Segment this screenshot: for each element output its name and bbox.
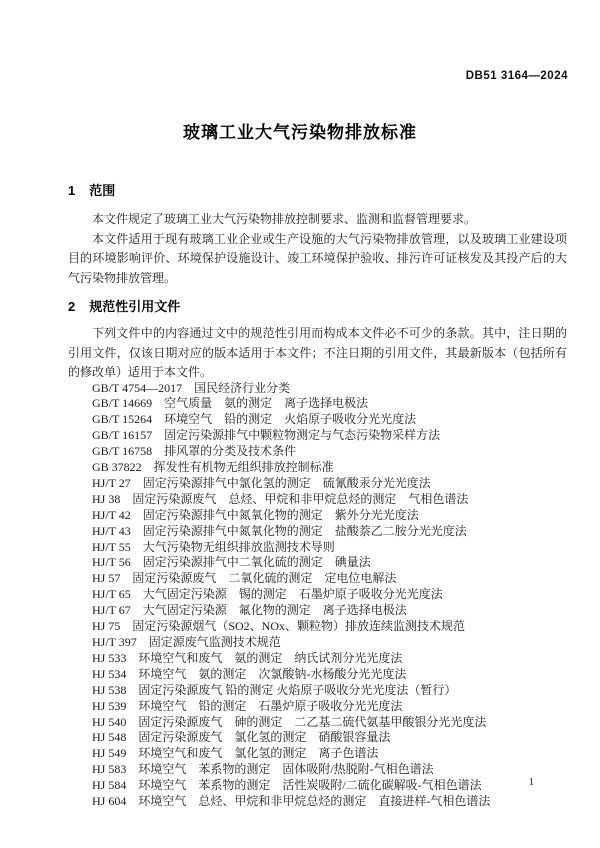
reference-item: HJ/T 27 固定污染源排气中氯化氢的测定 硫氰酸汞分光光度法 [92, 476, 567, 492]
document-page: DB51 3164—2024 玻璃工业大气污染物排放标准 1范围 本文件规定了玻… [0, 0, 600, 848]
section-2-title: 规范性引用文件 [89, 299, 180, 314]
reference-item: HJ/T 42 固定污染源排气中氮氧化物的测定 紫外分光光度法 [92, 508, 567, 524]
reference-item: HJ/T 43 固定污染源排气中氮氧化物的测定 盐酸萘乙二胺分光光度法 [92, 524, 567, 540]
page-content: 1范围 本文件规定了玻璃工业大气污染物排放控制要求、监测和监督管理要求。 本文件… [68, 176, 567, 810]
reference-item: HJ 548 固定污染源废气 氯化氢的测定 硝酸银容量法 [92, 730, 567, 746]
scope-paragraph-1: 本文件规定了玻璃工业大气污染物排放控制要求、监测和监督管理要求。 [68, 210, 567, 230]
reference-item: GB/T 16157 固定污染源排气中颗粒物测定与气态污染物采样方法 [92, 428, 567, 444]
reference-item: GB 37822 挥发性有机物无组织排放控制标准 [92, 460, 567, 476]
section-1-title: 范围 [89, 183, 115, 198]
reference-item: HJ 538 固定污染源废气 铅的测定 火焰原子吸收分光光度法（暂行） [92, 683, 567, 699]
reference-item: HJ 75 固定污染源烟气（SO2、NOx、颗粒物）排放连续监测技术规范 [92, 619, 567, 635]
reference-item: HJ 584 环境空气 苯系物的测定 活性炭吸附/二硫化碳解吸-气相色谱法 [92, 778, 567, 794]
reference-item: GB/T 16758 排风罩的分类及技术条件 [92, 444, 567, 460]
reference-item: HJ 539 环境空气 铅的测定 石墨炉原子吸收分光光度法 [92, 699, 567, 715]
reference-item: HJ/T 56 固定污染源排气中二氧化硫的测定 碘量法 [92, 555, 567, 571]
reference-item: HJ/T 397 固定源废气监测技术规范 [92, 635, 567, 651]
reference-item: HJ 533 环境空气和废气 氨的测定 纳氏试剂分光光度法 [92, 651, 567, 667]
reference-item: HJ 549 环境空气和废气 氯化氢的测定 离子色谱法 [92, 746, 567, 762]
doc-code: DB51 3164—2024 [466, 70, 568, 82]
reference-item: GB/T 15264 环境空气 铅的测定 火焰原子吸收分光光度法 [92, 412, 567, 428]
page-number: 1 [529, 776, 535, 788]
reference-item: HJ 604 环境空气 总烃、甲烷和非甲烷总烃的测定 直接进样-气相色谱法 [92, 794, 567, 810]
doc-title: 玻璃工业大气污染物排放标准 [0, 118, 600, 143]
reference-item: GB/T 14669 空气质量 氨的测定 离子选择电极法 [92, 396, 567, 412]
reference-item: HJ 540 固定污染源废气 砷的测定 二乙基二硫代氨基甲酸银分光光度法 [92, 715, 567, 731]
section-2-number: 2 [68, 298, 75, 316]
reference-item: HJ 38 固定污染源废气 总烃、甲烷和非甲烷总烃的测定 气相色谱法 [92, 492, 567, 508]
reference-item: HJ/T 55 大气污染物无组织排放监测技术导则 [92, 540, 567, 556]
reference-list: GB/T 4754—2017 国民经济行业分类 GB/T 14669 空气质量 … [68, 381, 567, 810]
reference-item: HJ 534 环境空气 氨的测定 次氯酸钠-水杨酸分光光度法 [92, 667, 567, 683]
reference-item: HJ 57 固定污染源废气 二氧化硫的测定 定电位电解法 [92, 571, 567, 587]
section-1-heading: 1范围 [68, 182, 567, 200]
section-2-heading: 2规范性引用文件 [68, 298, 567, 316]
reference-item: HJ/T 67 大气固定污染源 氟化物的测定 离子选择电极法 [92, 603, 567, 619]
reference-item: GB/T 4754—2017 国民经济行业分类 [92, 381, 567, 397]
reference-item: HJ/T 65 大气固定污染源 锡的测定 石墨炉原子吸收分光光度法 [92, 587, 567, 603]
references-intro-paragraph: 下列文件中的内容通过文中的规范性引用而构成本文件必不可少的条款。其中，注日期的引… [68, 324, 567, 383]
section-1-number: 1 [68, 182, 75, 200]
scope-paragraph-2: 本文件适用于现有玻璃工业企业或生产设施的大气污染物排放管理，以及玻璃工业建设项目… [68, 230, 567, 289]
reference-item: HJ 583 环境空气 苯系物的测定 固体吸附/热脱附-气相色谱法 [92, 762, 567, 778]
